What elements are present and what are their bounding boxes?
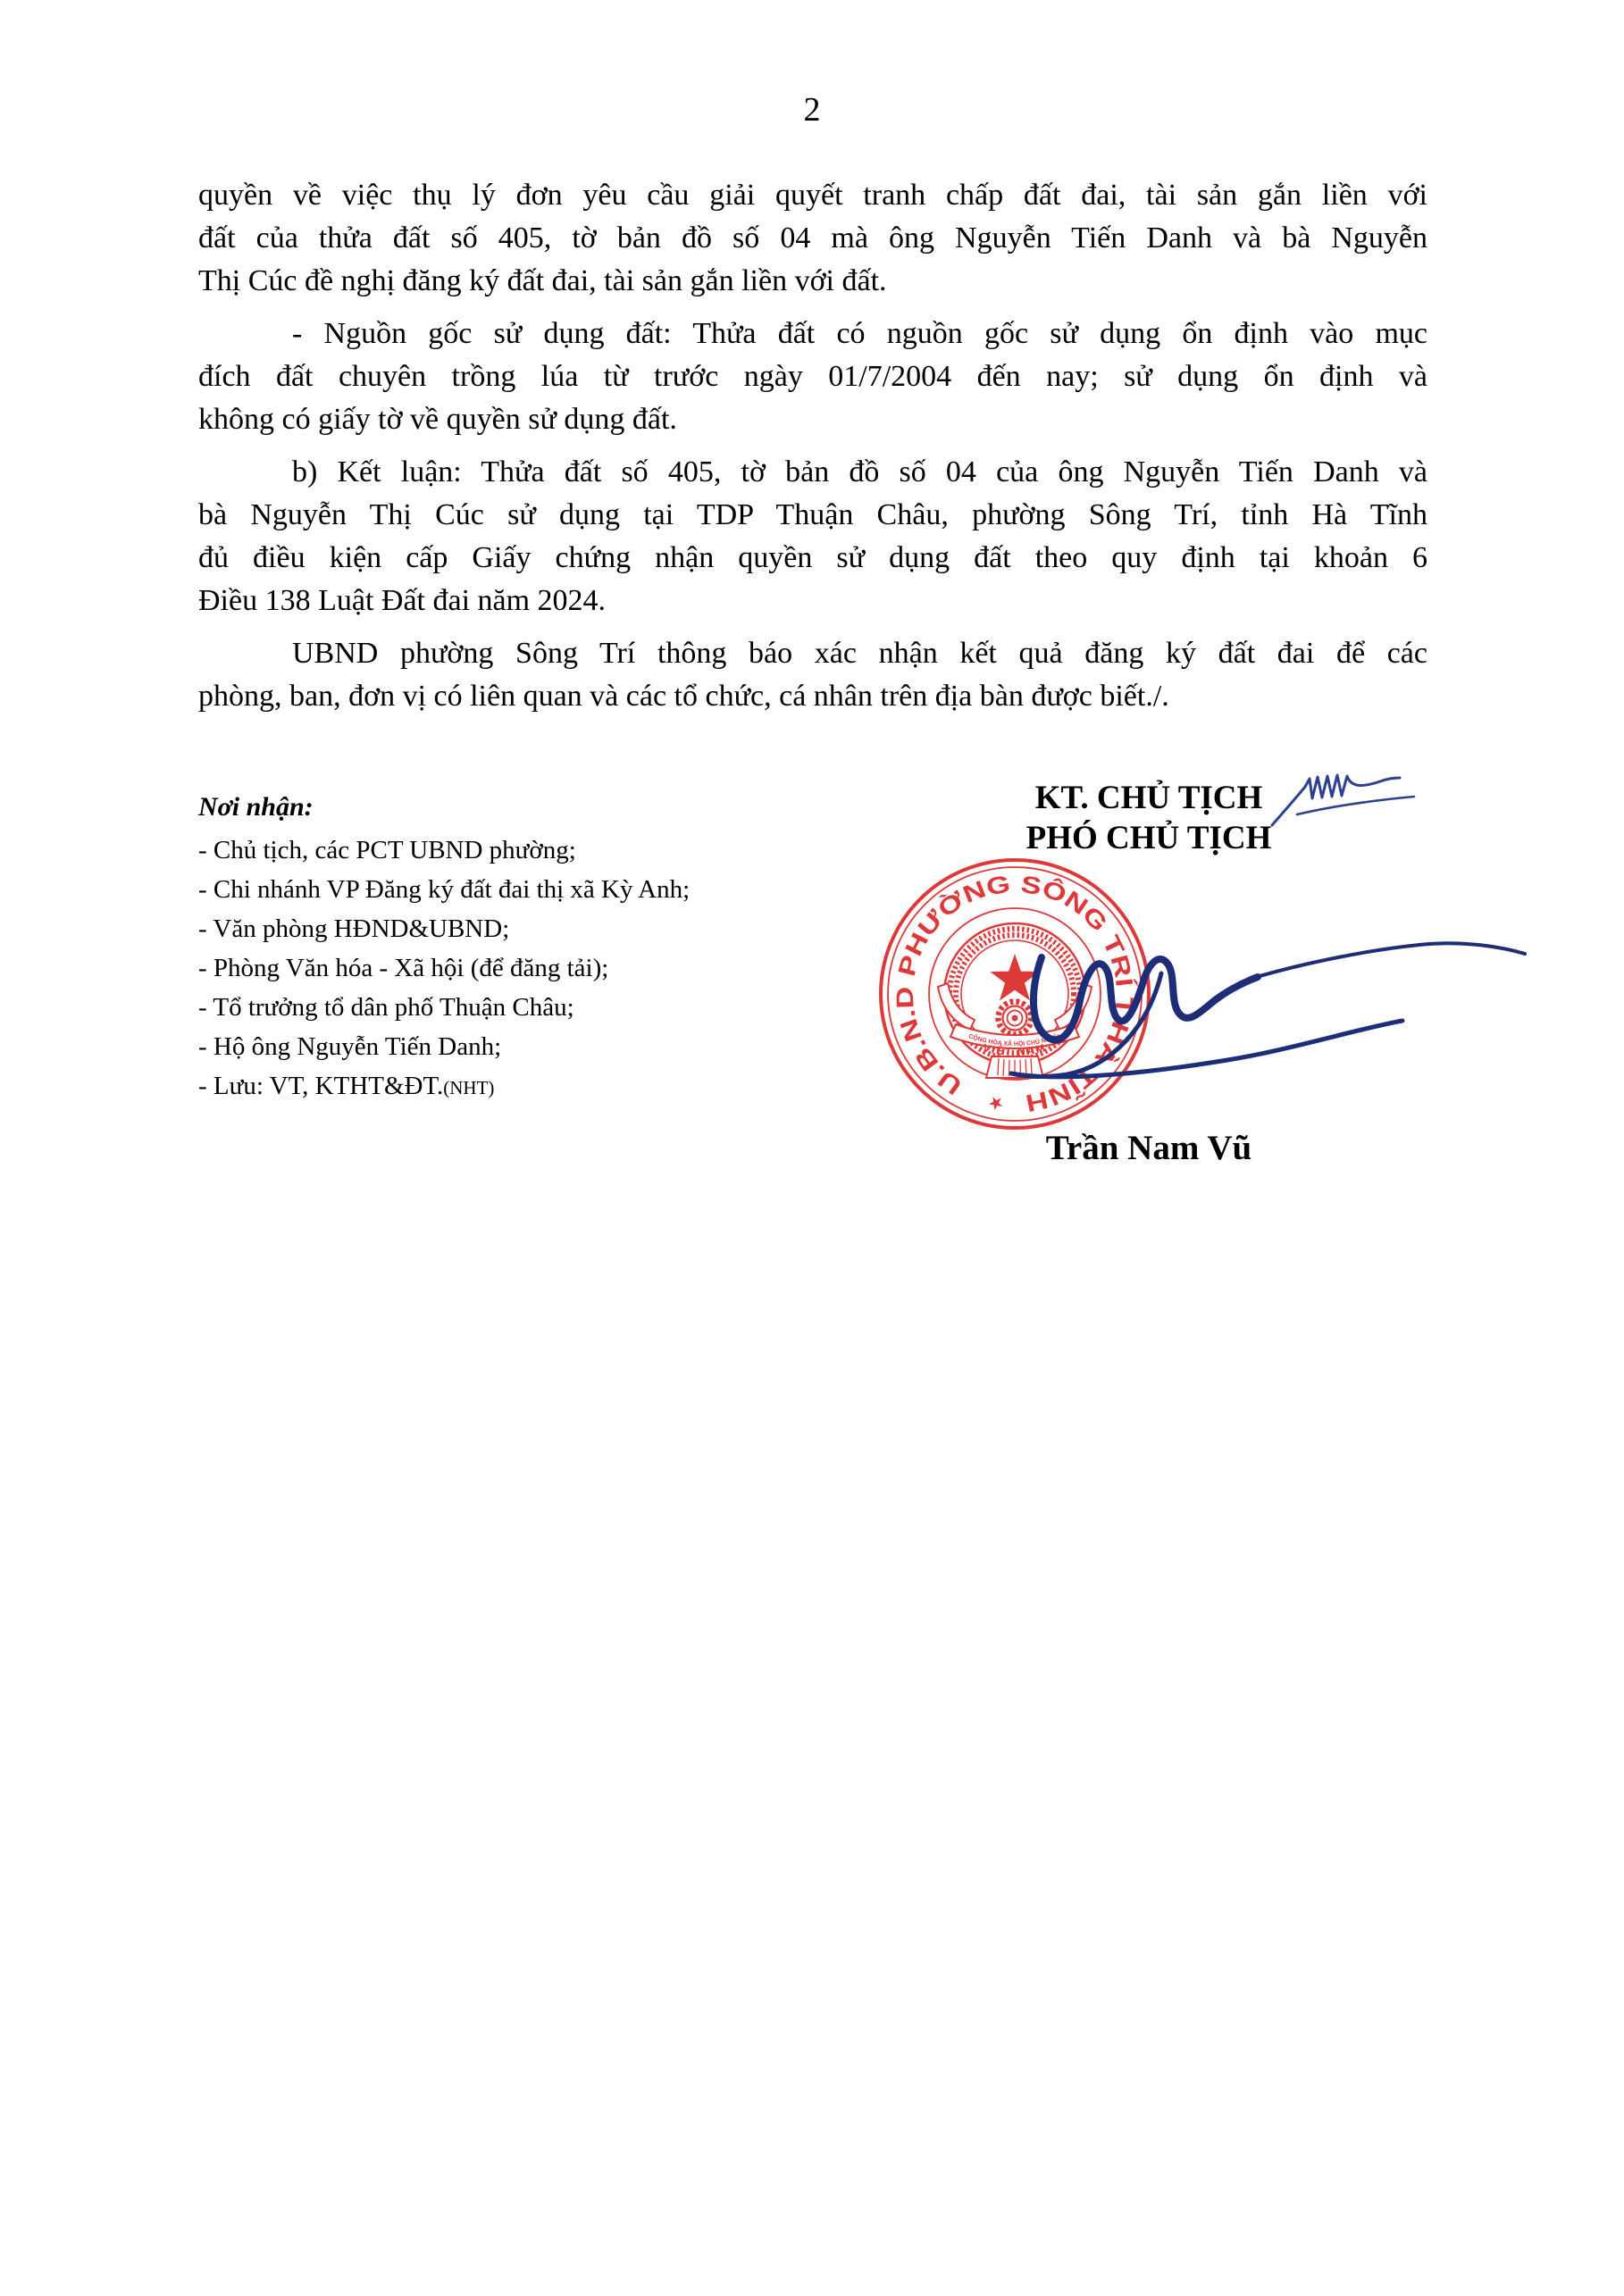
body-line: đích đất chuyên trồng lúa từ trước ngày … <box>198 355 1427 398</box>
drafter-initials: (NHT) <box>443 1077 494 1098</box>
body-line: b) Kết luận: Thửa đất số 405, tờ bản đồ … <box>198 451 1427 494</box>
official-seal: U.B.N.D PHƯỜNG SÔNG TRÍ T.HÀ TĨNH ★ CỘNG… <box>872 851 1158 1137</box>
archive-line: - Lưu: VT, KTHT&ĐT.(NHT) <box>198 1066 877 1107</box>
recipient-item: - Chi nhánh VP Đăng ký đất đai thị xã Kỳ… <box>198 870 877 909</box>
emblem-banner-tail <box>986 1056 1043 1078</box>
body-line: UBND phường Sông Trí thông báo xác nhận … <box>198 632 1427 675</box>
seal-star-separator: ★ <box>986 1092 1006 1116</box>
signature-titles: KT. CHỦ TỊCH PHÓ CHỦ TỊCH <box>881 778 1417 858</box>
body-line: Điều 138 Luật Đất đai năm 2024. <box>198 580 1427 622</box>
document-page: { "page": { "number": "2" }, "colors": {… <box>0 0 1624 2296</box>
seal-rings <box>881 860 1149 1128</box>
recipients-heading: Nơi nhận: <box>198 789 877 825</box>
recipient-item: - Văn phòng HĐND&UBND; <box>198 909 877 948</box>
paragraph: UBND phường Sông Trí thông báo xác nhận … <box>198 632 1427 718</box>
recipients-block: Nơi nhận: - Chủ tịch, các PCT UBND phườn… <box>198 789 877 1107</box>
recipient-item: - Hộ ông Nguyễn Tiến Danh; <box>198 1027 877 1066</box>
body-line: quyền về việc thụ lý đơn yêu cầu giải qu… <box>198 174 1427 217</box>
body-line: bà Nguyễn Thị Cúc sử dụng tại TDP Thuận … <box>198 494 1427 537</box>
body-line: đất của thửa đất số 405, tờ bản đồ số 04… <box>198 217 1427 260</box>
recipient-item: - Chủ tịch, các PCT UBND phường; <box>198 831 877 870</box>
emblem-star-icon <box>990 954 1039 1001</box>
paragraph: - Nguồn gốc sử dụng đất: Thửa đất có ngu… <box>198 313 1427 441</box>
body-line: Thị Cúc đề nghị đăng ký đất đai, tài sản… <box>198 260 1427 303</box>
recipient-item: - Tổ trưởng tổ dân phố Thuận Châu; <box>198 988 877 1027</box>
body-line: đủ điều kiện cấp Giấy chứng nhận quyền s… <box>198 537 1427 580</box>
national-emblem: CỘNG HÒA XÃ HỘI CHỦ NGHĨA VIỆT NAM <box>938 923 1092 1078</box>
body-line: phòng, ban, đơn vị có liên quan và các t… <box>198 675 1427 718</box>
page-number: 2 <box>0 90 1624 129</box>
emblem-cog-icon <box>999 1002 1032 1035</box>
recipients-list: - Chủ tịch, các PCT UBND phường; - Chi n… <box>198 831 877 1107</box>
kt-chu-tich-title: KT. CHỦ TỊCH <box>881 778 1417 818</box>
paragraph: quyền về việc thụ lý đơn yêu cầu giải qu… <box>198 174 1427 303</box>
body-line: - Nguồn gốc sử dụng đất: Thửa đất có ngu… <box>198 313 1427 355</box>
recipient-item: - Phòng Văn hóa - Xã hội (để đăng tải); <box>198 948 877 988</box>
body-line: không có giấy tờ về quyền sử dụng đất. <box>198 398 1427 441</box>
archive-text: - Lưu: VT, KTHT&ĐT. <box>198 1072 443 1100</box>
document-body: quyền về việc thụ lý đơn yêu cầu giải qu… <box>198 174 1427 728</box>
paragraph: b) Kết luận: Thửa đất số 405, tờ bản đồ … <box>198 451 1427 622</box>
